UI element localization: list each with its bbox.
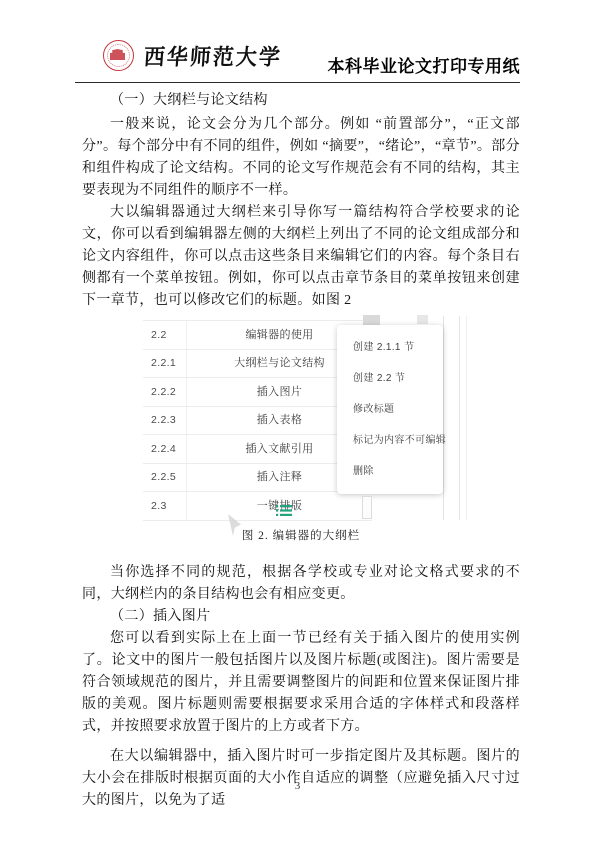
screenshot-artifact-bar bbox=[417, 315, 428, 324]
paragraph-1: 一般来说，论文会分为几个部分。例如 “前置部分”，“正文部分”。每个部分中有不同… bbox=[82, 114, 520, 202]
document-body: （一）大纲栏与论文结构 一般来说，论文会分为几个部分。例如 “前置部分”，“正文… bbox=[82, 90, 520, 812]
figure-caption: 图 2. 编辑器的大纲栏 bbox=[82, 525, 520, 547]
menu-item-create-section: 创建 2.2 节 bbox=[337, 363, 443, 394]
screenshot-scrollbar-thumb bbox=[362, 496, 372, 519]
outline-row-number: 2.2.5 bbox=[143, 464, 187, 492]
paragraph-5: 在大以编辑器中，插入图片时可一步指定图片及其标题。图片的大小会在排版时根据页面的… bbox=[82, 746, 520, 812]
outline-row-number: 2.2.4 bbox=[143, 435, 187, 463]
screenshot-artifact-bar bbox=[363, 315, 380, 325]
thesis-document-page: 西华师范大学 本科毕业论文打印专用纸 （一）大纲栏与论文结构 一般来说，论文会分… bbox=[0, 0, 595, 842]
screenshot-page-edge bbox=[466, 316, 467, 520]
university-logo: 西华师范大学 bbox=[103, 40, 282, 71]
header-paper-type-title: 本科毕业论文打印专用纸 bbox=[328, 52, 521, 77]
university-name: 西华师范大学 bbox=[143, 40, 283, 72]
paragraph-4: 您可以看到实际上在上面一节已经有关于插入图片的使用实例了。论文中的图片一般包括图… bbox=[82, 628, 520, 738]
section-heading-1: （一）大纲栏与论文结构 bbox=[82, 90, 520, 112]
outline-row-number: 2.2.3 bbox=[143, 407, 187, 435]
outline-row-number: 2.3 bbox=[143, 492, 187, 520]
format-list-icon bbox=[276, 505, 292, 516]
outline-context-menu: 创建 2.1.1 节 创建 2.2 节 修改标题 标记为内容不可编辑 删除 bbox=[337, 325, 443, 494]
outline-row-number: 2.2.2 bbox=[143, 378, 187, 406]
section-heading-2: （二）插入图片 bbox=[82, 606, 520, 628]
page-header: 西华师范大学 本科毕业论文打印专用纸 bbox=[75, 40, 520, 83]
screenshot-page-edge bbox=[443, 316, 460, 520]
figure-editor-outline-screenshot: 2.2 编辑器的使用 2.2.1 大纲栏与论文结构 2.2.2 插入图片 2.2… bbox=[82, 320, 520, 546]
outline-row: 2.3 一键排版 bbox=[143, 492, 372, 521]
paragraph-3: 当你选择不同的规范，根据各学校或专业对论文格式要求的不同，大纲栏内的条目结构也会… bbox=[82, 562, 520, 606]
menu-item-rename-title: 修改标题 bbox=[337, 394, 443, 425]
menu-item-create-subsection: 创建 2.1.1 节 bbox=[337, 332, 443, 363]
university-seal-icon bbox=[103, 40, 134, 71]
outline-row-number: 2.2 bbox=[143, 321, 187, 349]
outline-row-number: 2.2.1 bbox=[143, 350, 187, 378]
menu-item-delete: 删除 bbox=[337, 456, 443, 487]
paragraph-2: 大以编辑器通过大纲栏来引导你写一篇结构符合学校要求的论文，你可以看到编辑器左侧的… bbox=[82, 202, 520, 312]
page-number: 3 bbox=[0, 780, 595, 792]
menu-item-mark-readonly: 标记为内容不可编辑 bbox=[337, 425, 443, 456]
